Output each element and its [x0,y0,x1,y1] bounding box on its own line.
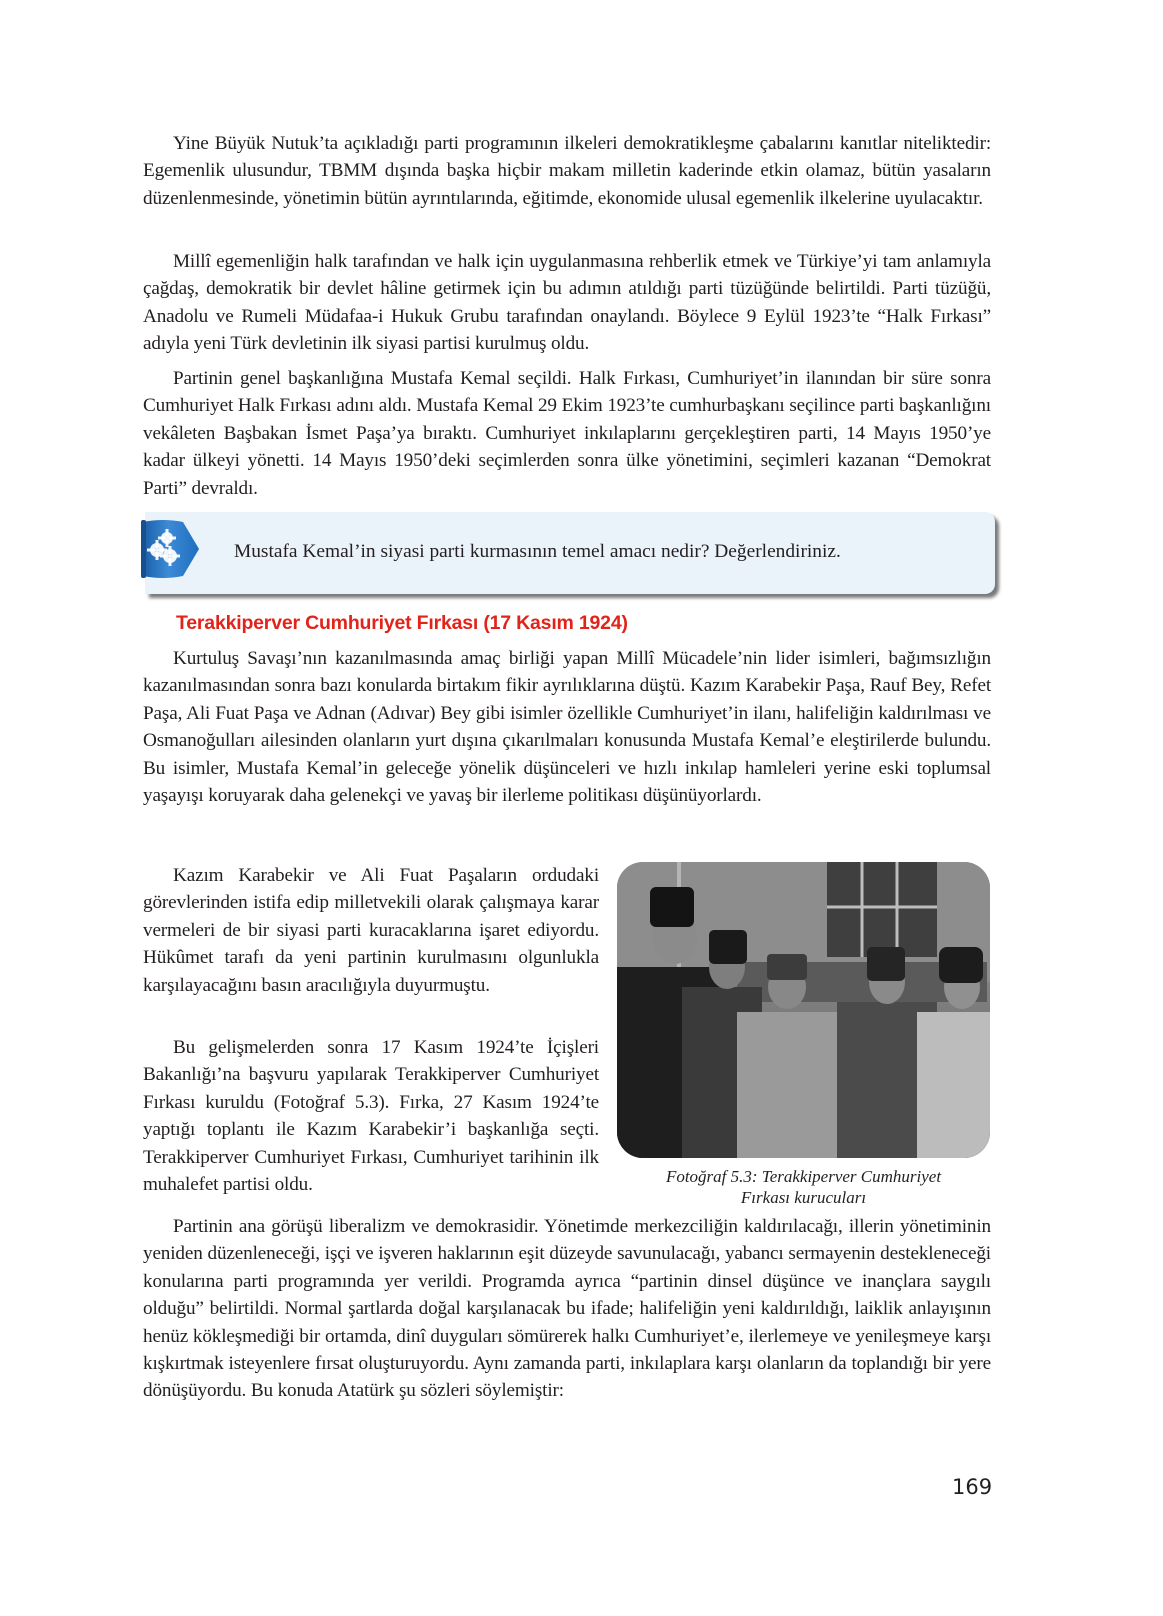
question-text: Mustafa Kemal’in siyasi parti kurmasının… [234,538,841,566]
gears-icon [137,516,201,582]
paragraph-party-program: Yine Büyük Nutuk’ta açıkladığı parti pro… [143,130,991,212]
section-heading: Terakkiperver Cumhuriyet Fırkası (17 Kas… [176,612,628,635]
paragraph-national-sovereignty: Millî egemenliğin halk tarafından ve hal… [143,248,991,358]
paragraph-party-founded: Bu gelişmelerden sonra 17 Kasım 1924’te … [143,1034,599,1198]
photo-caption: Fotoğraf 5.3: Terakkiperver Cumhuriyet F… [617,1166,990,1208]
paragraph-party-view: Partinin ana görüşü liberalizm ve demokr… [143,1213,991,1405]
caption-line-1: Fotoğraf 5.3: Terakkiperver Cumhuriyet [617,1166,990,1187]
paragraph-pashas-resign: Kazım Karabekir ve Ali Fuat Paşaların or… [143,862,599,999]
historical-photo [617,862,990,1158]
page-number: 169 [952,1475,992,1499]
photo-founders-image [617,862,990,1158]
paragraph-opposition-leaders: Kurtuluş Savaşı’nın kazanılmasında amaç … [143,645,991,809]
textbook-page: Yine Büyük Nutuk’ta açıkladığı parti pro… [0,0,1163,1616]
paragraph-party-leadership: Partinin genel başkanlığına Mustafa Kema… [143,365,991,502]
caption-line-2: Fırkası kurucuları [617,1187,990,1208]
